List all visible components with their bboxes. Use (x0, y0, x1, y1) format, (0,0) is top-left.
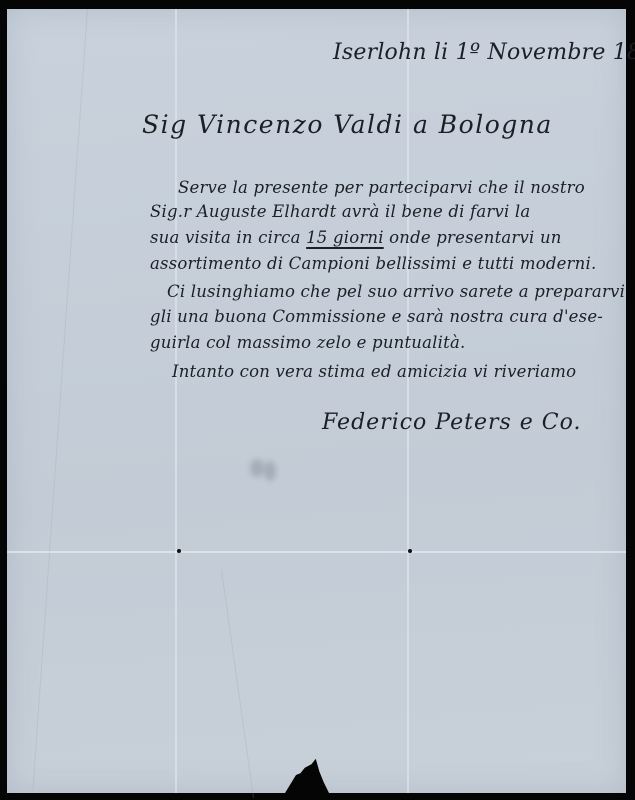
body-line-2: Sig.r Auguste Elhardt avrà il bene di fa… (150, 202, 530, 221)
paper-tear (285, 757, 329, 793)
body-line-3-end: onde presentarvi un (384, 228, 562, 247)
pinhole (177, 549, 181, 553)
paper-crease (32, 9, 88, 791)
dateline: Iserlohn li 1º Novembre 1859 (333, 40, 635, 65)
fold-line-horizontal (7, 551, 626, 553)
body-line-1: Serve la presente per parteciparvi che i… (178, 178, 585, 197)
underlined-duration: 15 giorni (306, 228, 384, 247)
paper-crease (221, 570, 254, 798)
ink-stain (264, 461, 276, 481)
addressee: Sig Vincenzo Valdi a Bologna (142, 110, 553, 139)
body-line-3-start: sua visita in circa (150, 228, 306, 247)
ink-stain (250, 459, 264, 477)
body-line-4: assortimento di Campioni bellissimi e tu… (150, 254, 596, 273)
signature: Federico Peters e Co. (322, 410, 582, 435)
body-line-3: sua visita in circa 15 giorni onde prese… (150, 228, 562, 247)
body-line-7: guirla col massimo zelo e puntualità. (150, 333, 465, 352)
pinhole (408, 549, 412, 553)
body-line-8: Intanto con vera stima ed amicizia vi ri… (172, 362, 576, 381)
body-line-6: gli una buona Commissione e sarà nostra … (150, 307, 603, 326)
body-line-5: Ci lusinghiamo che pel suo arrivo sarete… (167, 282, 625, 301)
